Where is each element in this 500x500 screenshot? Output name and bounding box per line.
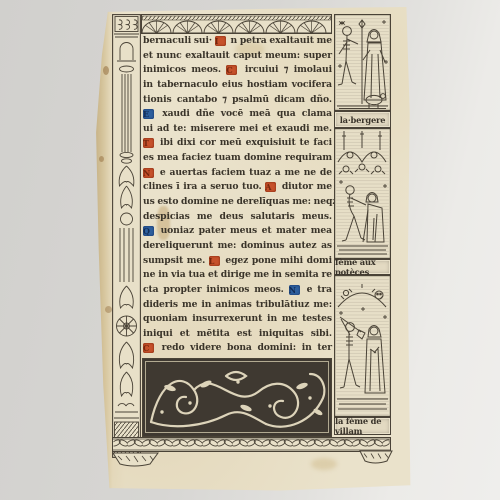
text-line: bernaculi sui· I n petra exaltauit me [143,34,332,49]
text-line: ne in via tua et dirige me in semita re [143,268,332,283]
scene-caption: la·bergere [334,111,391,128]
painted-initial: Q [143,226,154,236]
text-line: es mea faciez tuam domine requiram [143,151,332,166]
painted-initial: E [143,109,154,119]
caption-label: la·bergere [340,115,386,125]
text-line: tionis cantabo ⁊ psalmū dicam dño. [143,93,332,108]
painted-initial: L [209,256,220,266]
top-border-fan-strip [141,14,332,34]
text-line: clines ī ira a seruo tuo. A diutor me [143,180,332,195]
smudge-stain [311,458,337,470]
right-corner-bracket [359,450,393,465]
text-line: dideris me in animas tribulātiuz me: [143,298,332,313]
scene-death-and-village-woman [334,275,391,417]
painted-initial: I [215,36,226,46]
text-line: in tabernaculo eius hostiam vocifera [143,78,332,93]
text-line: cta propter inimicos meos. N e tra [143,283,332,298]
left-corner-bracket [112,452,160,468]
text-line: despicias me deus salutaris meus. [143,210,332,225]
scene-caption: la fème de villam [334,417,391,435]
text-line: N e auertas faciem tuaz a me ne de [143,166,332,181]
text-block: bernaculi sui· I n petra exaltauit meet … [143,34,332,358]
leaf-deckle-edge [95,6,113,492]
bottom-garland-strip [112,437,391,452]
text-line: sumpsit me. L egez pone mihi domi [143,254,332,269]
text-line: us esto domine ne derelīquas me: neqz [143,195,332,210]
manuscript-leaf: bernaculi sui· I n petra exaltauit meet … [85,6,411,492]
text-line: iniqui et mētita est iniquitas sibi. [143,327,332,342]
text-line: E xaudi dñe vocē meā qua clama [143,107,332,122]
painted-initial: T [143,138,154,148]
text-line: quoniam insurrexerunt in me testes [143,312,332,327]
text-line: ui ad te: miserere mei et exaudi me. [143,122,332,137]
scene-caption: fème aux potèces [334,259,391,275]
text-line: Q uoniaz pater meus et mater mea [143,224,332,239]
bottom-floral-panel [142,358,332,437]
text-line: inimicos meos. C ircuiui ⁊ imolaui [143,63,332,78]
fox-stain [97,396,102,404]
text-line: C redo videre bona domini: in ter [143,341,332,356]
scene-death-and-woman-on-crutches [334,128,391,259]
painted-initial: C [226,65,237,75]
photo-backdrop: bernaculi sui· I n petra exaltauit meet … [0,0,500,500]
painted-initial: N [143,168,154,178]
painted-initial: C [143,343,154,353]
text-line: T ibi dixi cor meū exquisiuit te faci [143,136,332,151]
caption-label: fème aux potèces [335,257,390,277]
scene-death-and-shepherdess [334,14,391,111]
text-line: dereliquerunt me: dominus autez as [143,239,332,254]
woodcut-column-border [112,14,141,458]
painted-initial: N [289,285,300,295]
text-line: et nunc exaltauit caput meum: super [143,49,332,64]
caption-label: la fème de villam [335,416,390,436]
painted-initial: A [265,182,276,192]
